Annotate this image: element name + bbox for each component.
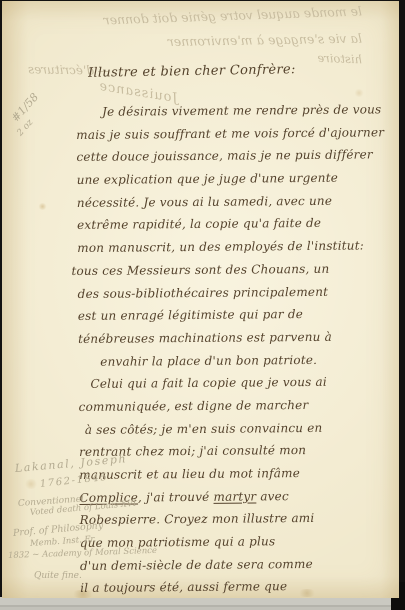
letter-line: est un enragé légitimiste qui par de [78,306,392,331]
letter-line: cette douce jouissance, mais je ne puis … [76,148,390,173]
letter-line: envahir la place d'un bon patriote. [78,352,392,377]
letter-page: le monde auquel votre génie doit donnerl… [2,1,399,598]
verso-bleedthrough: le monde auquel votre génie doit donnerl… [42,9,362,64]
pencil-annotations: Lakanal, Joseph1762-1845ConventionnelVot… [10,462,157,581]
letter-salutation: Illustre et bien cher Confrère: [88,62,296,81]
letter-line: des sous-bibliothécaires principalement [78,284,392,309]
letter-line: extrême rapidité, la copie qu'a faite de [77,216,391,241]
scan-right-edge [399,0,405,610]
letter-line: à ses côtés; je m'en suis convaincu en [79,420,393,445]
letter-line: une explication que je juge d'une urgent… [77,170,391,195]
pencil-note: Quite fine. [34,571,157,581]
bleedthrough-line: le monde auquel votre génie doit donner [42,3,362,29]
letter-line: mon manuscrit, un des employés de l'inst… [77,238,391,263]
letter-line: il a toujours été, aussi ferme que [80,579,394,604]
letter-line: tous ces Messieurs sont des Chouans, un [71,261,391,286]
letter-line: nécessité. Je vous ai lu samedi, avec un… [77,193,391,218]
bleedthrough-line: la vie s'engage à m'environner [86,31,362,51]
scanned-letter: { "letter": { "salutation": "Illustre et… [0,0,405,610]
bleedthrough-fragment: Jouissance [97,79,178,106]
letter-line: Celui qui a fait la copie que je vous ai [78,374,392,399]
letter-line: communiquée, est digne de marcher [79,397,393,422]
letter-line: mais je suis souffrant et me vois forcé … [76,125,390,150]
foxing-spot [38,203,47,210]
letter-line: Je désirais vivement me rendre près de v… [76,102,390,127]
foxing-spot [354,89,364,97]
letter-line: ténébreuses machinations est parvenu à [78,329,392,354]
